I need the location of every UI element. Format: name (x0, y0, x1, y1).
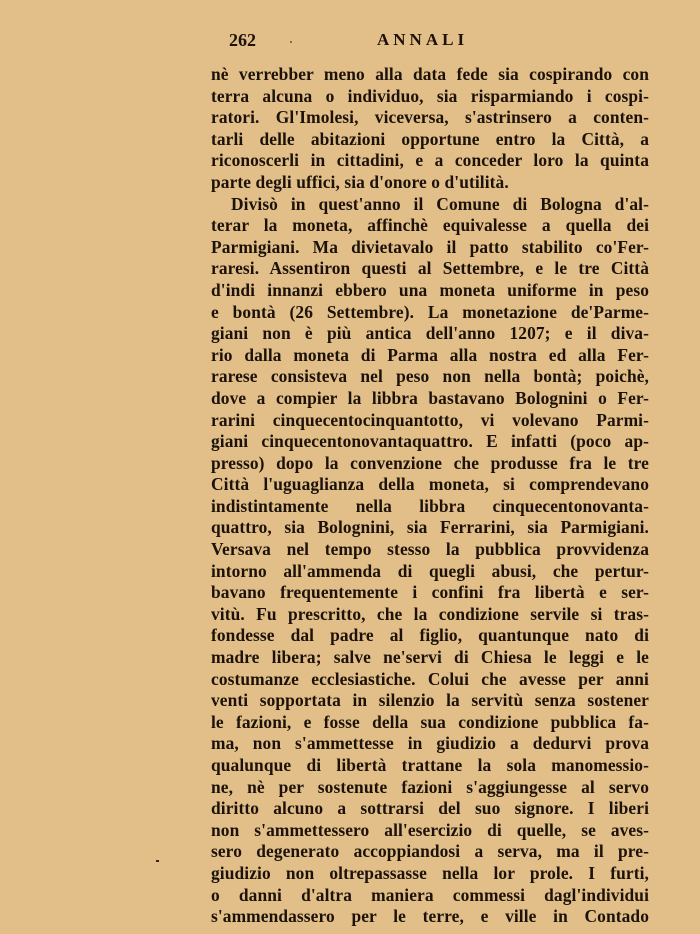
text-line: non s'ammettessero all'esercizio di quel… (211, 820, 649, 842)
book-page: 262 ANNALI nè verrebber meno alla data f… (0, 0, 700, 934)
text-line: nè verrebber meno alla data fede sia cos… (211, 64, 649, 86)
text-line-indented: Divisò in quest'anno il Comune di Bologn… (211, 194, 649, 216)
text-line: ratori. Gl'Imolesi, viceversa, s'astrins… (211, 107, 649, 129)
text-line: costumanze ecclesiastiche. Colui che ave… (211, 669, 649, 691)
text-line: diritto alcuno a sottrarsi del suo signo… (211, 798, 649, 820)
text-line: rarese consisteva nel peso non nella bon… (211, 366, 649, 388)
text-line: ma, non s'ammettesse in giudizio a dedur… (211, 733, 649, 755)
text-line: giani non è più antica dell'anno 1207; e… (211, 323, 649, 345)
text-line: venti sopportata in silenzio la servitù … (211, 690, 649, 712)
text-line: e bontà (26 Settembre). La monetazione d… (211, 302, 649, 324)
text-line: Parmigiani. Ma divietavalo il patto stab… (211, 237, 649, 259)
print-speck (290, 41, 292, 43)
text-line: intorno all'ammenda di quegli abusi, che… (211, 561, 649, 583)
text-line: riconoscerli in cittadini, e a conceder … (211, 150, 649, 172)
text-line: terra alcuna o individuo, sia risparmian… (211, 86, 649, 108)
text-line: dove a compier la libbra bastavano Bolog… (211, 388, 649, 410)
text-line: d'indi innanzi ebbero una moneta uniform… (211, 280, 649, 302)
text-line: presso) dopo la convenzione che produsse… (211, 453, 649, 475)
text-line: madre libera; salve ne'servi di Chiesa l… (211, 647, 649, 669)
running-head: 262 ANNALI (229, 30, 649, 52)
page-number: 262 (229, 30, 256, 51)
text-line: raresi. Assentiron questi al Settembre, … (211, 258, 649, 280)
text-line: s'ammendassero per le terre, e ville in … (211, 906, 649, 928)
text-line: fondesse dal padre al figlio, quantunque… (211, 625, 649, 647)
text-line: tarli delle abitazioni opportune entro l… (211, 129, 649, 151)
text-line: le fazioni, e fosse della sua condizione… (211, 712, 649, 734)
text-line: vitù. Fu prescritto, che la condizione s… (211, 604, 649, 626)
text-line: parte degli uffici, sia d'onore o d'util… (211, 172, 649, 194)
running-title: ANNALI (377, 30, 468, 50)
text-line: ne, nè per sostenute fazioni s'aggiunges… (211, 777, 649, 799)
text-line: rio dalla moneta di Parma alla nostra ed… (211, 345, 649, 367)
text-line: Versava nel tempo stesso la pubblica pro… (211, 539, 649, 561)
text-line: qualunque di libertà trattane la sola ma… (211, 755, 649, 777)
print-speck (156, 860, 159, 862)
text-line: giani cinquecentonovantaquattro. E infat… (211, 431, 649, 453)
text-line: sero degenerato accoppiandosi a serva, m… (211, 841, 649, 863)
text-line: indistintamente nella libbra cinquecento… (211, 496, 649, 518)
text-line: Città l'uguaglianza della moneta, si com… (211, 474, 649, 496)
body-text: nè verrebber meno alla data fede sia cos… (211, 64, 649, 928)
text-line: quattro, sia Bolognini, sia Ferrarini, s… (211, 517, 649, 539)
text-line: bavano frequentemente i confini fra libe… (211, 582, 649, 604)
text-line: rarini cinquecentocinquantotto, vi volev… (211, 410, 649, 432)
text-line: o danni d'altra maniera commessi dagl'in… (211, 885, 649, 907)
text-line: giudizio non oltrepassasse nella lor pro… (211, 863, 649, 885)
text-line: terar la moneta, affinchè equivalesse a … (211, 215, 649, 237)
